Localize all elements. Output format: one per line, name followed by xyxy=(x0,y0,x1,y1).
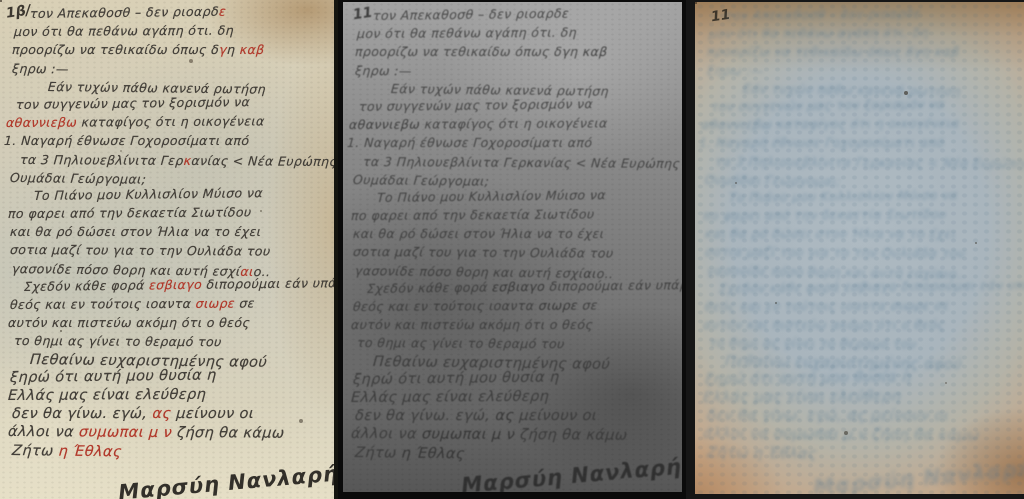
manuscript-page-faded: 11 τον Απεκαθοσθ – δεν ριοαρδεμον ότι θα… xyxy=(695,2,1024,494)
manuscript-line: Ελλάς μας είναι ελεύθερη xyxy=(702,387,1022,407)
manuscript-line: Ζήτω η Έθλας xyxy=(11,442,332,464)
manuscript-line: τον συγγενών μας τον ξορισμόν να xyxy=(15,92,332,114)
manuscript-line: ξηρώ ότι αυτή μου θυσία η xyxy=(704,367,1022,389)
manuscript-line: ξηρω :— xyxy=(354,62,680,82)
manuscript-line: 1. Ναγαρή έθνωσε Γοχοροσίματι από xyxy=(698,134,1022,152)
manuscript-line: αυτόν και πιστεύω ακόμη ότι ο θεός xyxy=(7,314,332,332)
manuscript-line: το θημι ας γίνει το θεραμό του xyxy=(356,334,680,354)
manuscript-line: και θα ρό δώσει στον Ήλια να το έχει xyxy=(704,225,1022,243)
manuscript-line: αυτόν και πιστεύω ακόμη ότι ο θεός xyxy=(350,316,680,334)
paper-specks xyxy=(695,2,697,4)
panel-faded-original: 11 τον Απεκαθοσθ – δεν ριοαρδεμον ότι θα… xyxy=(686,0,1024,499)
manuscript-line: 1. Ναγαρή έθνωσε Γοχοροσίματι από xyxy=(3,132,332,150)
manuscript-line: προορίζω να τεθικαίδω όπως δγη καβ xyxy=(11,41,332,59)
manuscript-line: τα 3 Πηλιουεβλίνιτα Γερκανίας < Νέα Ευρώ… xyxy=(714,153,1022,173)
manuscript-line: πο φαρει από την δεκαετία Σιωτίδου xyxy=(702,205,1022,225)
panel-grayscale-photostat: 11 τον Απεκαθοσθ – δεν ριοαρδεμον ότι θα… xyxy=(338,0,686,499)
manuscript-line: θεός και εν τούτοις ιοαντα σιωρε σε xyxy=(704,296,1022,316)
manuscript-line: δεν θα γίνω. εγώ, ας μείνουν οι xyxy=(11,405,332,423)
manuscript-line: Το Πιάνο μου Κυλλισλίον Μύισο να xyxy=(33,183,332,205)
manuscript-text: τον Απεκαθοσθ – δεν ριοαρδεμον ότι θα πε… xyxy=(4,5,332,499)
manuscript-line: τον συγγενών μας τον ξορισμόν να xyxy=(710,94,1022,116)
manuscript-line: πο φαρει από την δεκαετία Σιωτίδου xyxy=(7,203,332,223)
manuscript-line: πο φαρει από την δεκαετία Σιωτίδου xyxy=(350,205,680,225)
manuscript-page-grayscale: 11 τον Απεκαθοσθ – δεν ριοαρδεμον ότι θα… xyxy=(343,2,682,492)
manuscript-line: αθαννιεβω καταφίγος ότι η οικογένεια xyxy=(700,114,1022,134)
manuscript-line: τον Απεκαθοσθ – δεν ριοαρδε xyxy=(372,3,680,25)
manuscript-line: ξηρω :— xyxy=(706,62,1022,82)
manuscript-line: τα 3 Πηλιουεβλίνιτα Γερκανίας < Νέα Ευρώ… xyxy=(362,153,680,173)
manuscript-triptych: 1β/ τον Απεκαθοσθ – δεν ριοαρδεμον ότι θ… xyxy=(0,0,1024,499)
manuscript-line: άλλοι να συμωπαι μ ν ζήση θα κάμω xyxy=(702,425,1022,445)
manuscript-line: τα 3 Πηλιουεβλίνιτα Γερκανίας < Νέα Ευρώ… xyxy=(19,151,332,171)
manuscript-line: Σχεδόν κάθε φορά εσβιαγο διπορούμαι εάν … xyxy=(23,274,332,296)
manuscript-line: αθαννιεβω καταφίγος ότι η οικογένεια xyxy=(5,112,332,132)
manuscript-line: ξηρώ ότι αυτή μου θυσία η xyxy=(9,365,332,387)
manuscript-line: το θημι ας γίνει το θεραμό του xyxy=(13,332,332,352)
manuscript-line: σοτια μαζί του για το την Ουλιάδα του xyxy=(704,243,1022,263)
manuscript-line: ξηρω :— xyxy=(11,60,332,80)
manuscript-text: τον Απεκαθοσθ – δεν ριοαρδεμον ότι θα πε… xyxy=(699,7,1022,494)
manuscript-page-sepia: 1β/ τον Απεκαθοσθ – δεν ριοαρδεμον ότι θ… xyxy=(0,0,338,499)
manuscript-line: Σχεδόν κάθε φορά εσβιαγο διπορούμαι εάν … xyxy=(718,276,1022,298)
manuscript-line: τον Απεκαθοσθ – δεν ριοαρδε xyxy=(724,3,1022,25)
manuscript-line: Το Πιάνο μου Κυλλισλίον Μύισο να xyxy=(376,185,680,207)
manuscript-line: προορίζω να τεθικαίδω όπως δγη καβ xyxy=(354,43,680,61)
paper-specks xyxy=(0,0,2,2)
manuscript-line: ξηρώ ότι αυτή μου θυσία η xyxy=(352,367,680,389)
manuscript-line: αυτόν και πιστεύω ακόμη ότι ο θεός xyxy=(702,316,1022,334)
manuscript-line: τον Απεκαθοσθ – δεν ριοαρδε xyxy=(29,1,332,23)
manuscript-line: μον ότι θα πεθάνω αγάπη ότι. δη xyxy=(356,23,680,43)
manuscript-line: άλλοι να συμωπαι μ ν ζήση θα κάμω xyxy=(7,423,332,443)
manuscript-text: τον Απεκαθοσθ – δεν ριοαρδεμον ότι θα πε… xyxy=(347,7,680,492)
manuscript-line: το θημι ας γίνει το θεραμό του xyxy=(708,334,1022,354)
manuscript-line: μον ότι θα πεθάνω αγάπη ότι. δη xyxy=(708,23,1022,43)
manuscript-line: Ελλάς μας είναι ελεύθερη xyxy=(350,387,680,407)
manuscript-line: θεός και εν τούτοις ιοαντα σιωρε σε xyxy=(352,296,680,316)
manuscript-line: δεν θα γίνω. εγώ, ας μείνουν οι xyxy=(354,407,680,425)
manuscript-line: προορίζω να τεθικαίδω όπως δγη καβ xyxy=(706,43,1022,61)
manuscript-line: τον συγγενών μας τον ξορισμόν να xyxy=(358,94,680,116)
manuscript-line: και θα ρό δώσει στον Ήλια να το έχει xyxy=(352,225,680,243)
manuscript-line: δεν θα γίνω. εγώ, ας μείνουν οι xyxy=(706,407,1022,425)
manuscript-line: μον ότι θα πεθάνω αγάπη ότι. δη xyxy=(13,21,332,41)
manuscript-line: άλλοι να συμωπαι μ ν ζήση θα κάμω xyxy=(350,425,680,445)
manuscript-line: και θα ρό δώσει στον Ήλια να το έχει xyxy=(9,223,332,241)
manuscript-line: Ελλάς μας είναι ελεύθερη xyxy=(7,385,332,405)
manuscript-line: σοτια μαζί του για το την Ουλιάδα του xyxy=(352,243,680,263)
manuscript-line: 1. Ναγαρή έθνωσε Γοχοροσίματι από xyxy=(346,134,680,152)
manuscript-line: αθαννιεβω καταφίγος ότι η οικογένεια xyxy=(348,114,680,134)
manuscript-line: Το Πιάνο μου Κυλλισλίον Μύισο να xyxy=(728,185,1022,207)
panel-enhanced-sepia: 1β/ τον Απεκαθοσθ – δεν ριοαρδεμον ότι θ… xyxy=(0,0,338,499)
manuscript-line: θεός και εν τούτοις ιοαντα σιωρε σε xyxy=(9,294,332,314)
manuscript-line: Σχεδόν κάθε φορά εσβιαγο διπορούμαι εάν … xyxy=(366,276,680,298)
manuscript-line: σοτια μαζί του για το την Ουλιάδα του xyxy=(9,241,332,261)
